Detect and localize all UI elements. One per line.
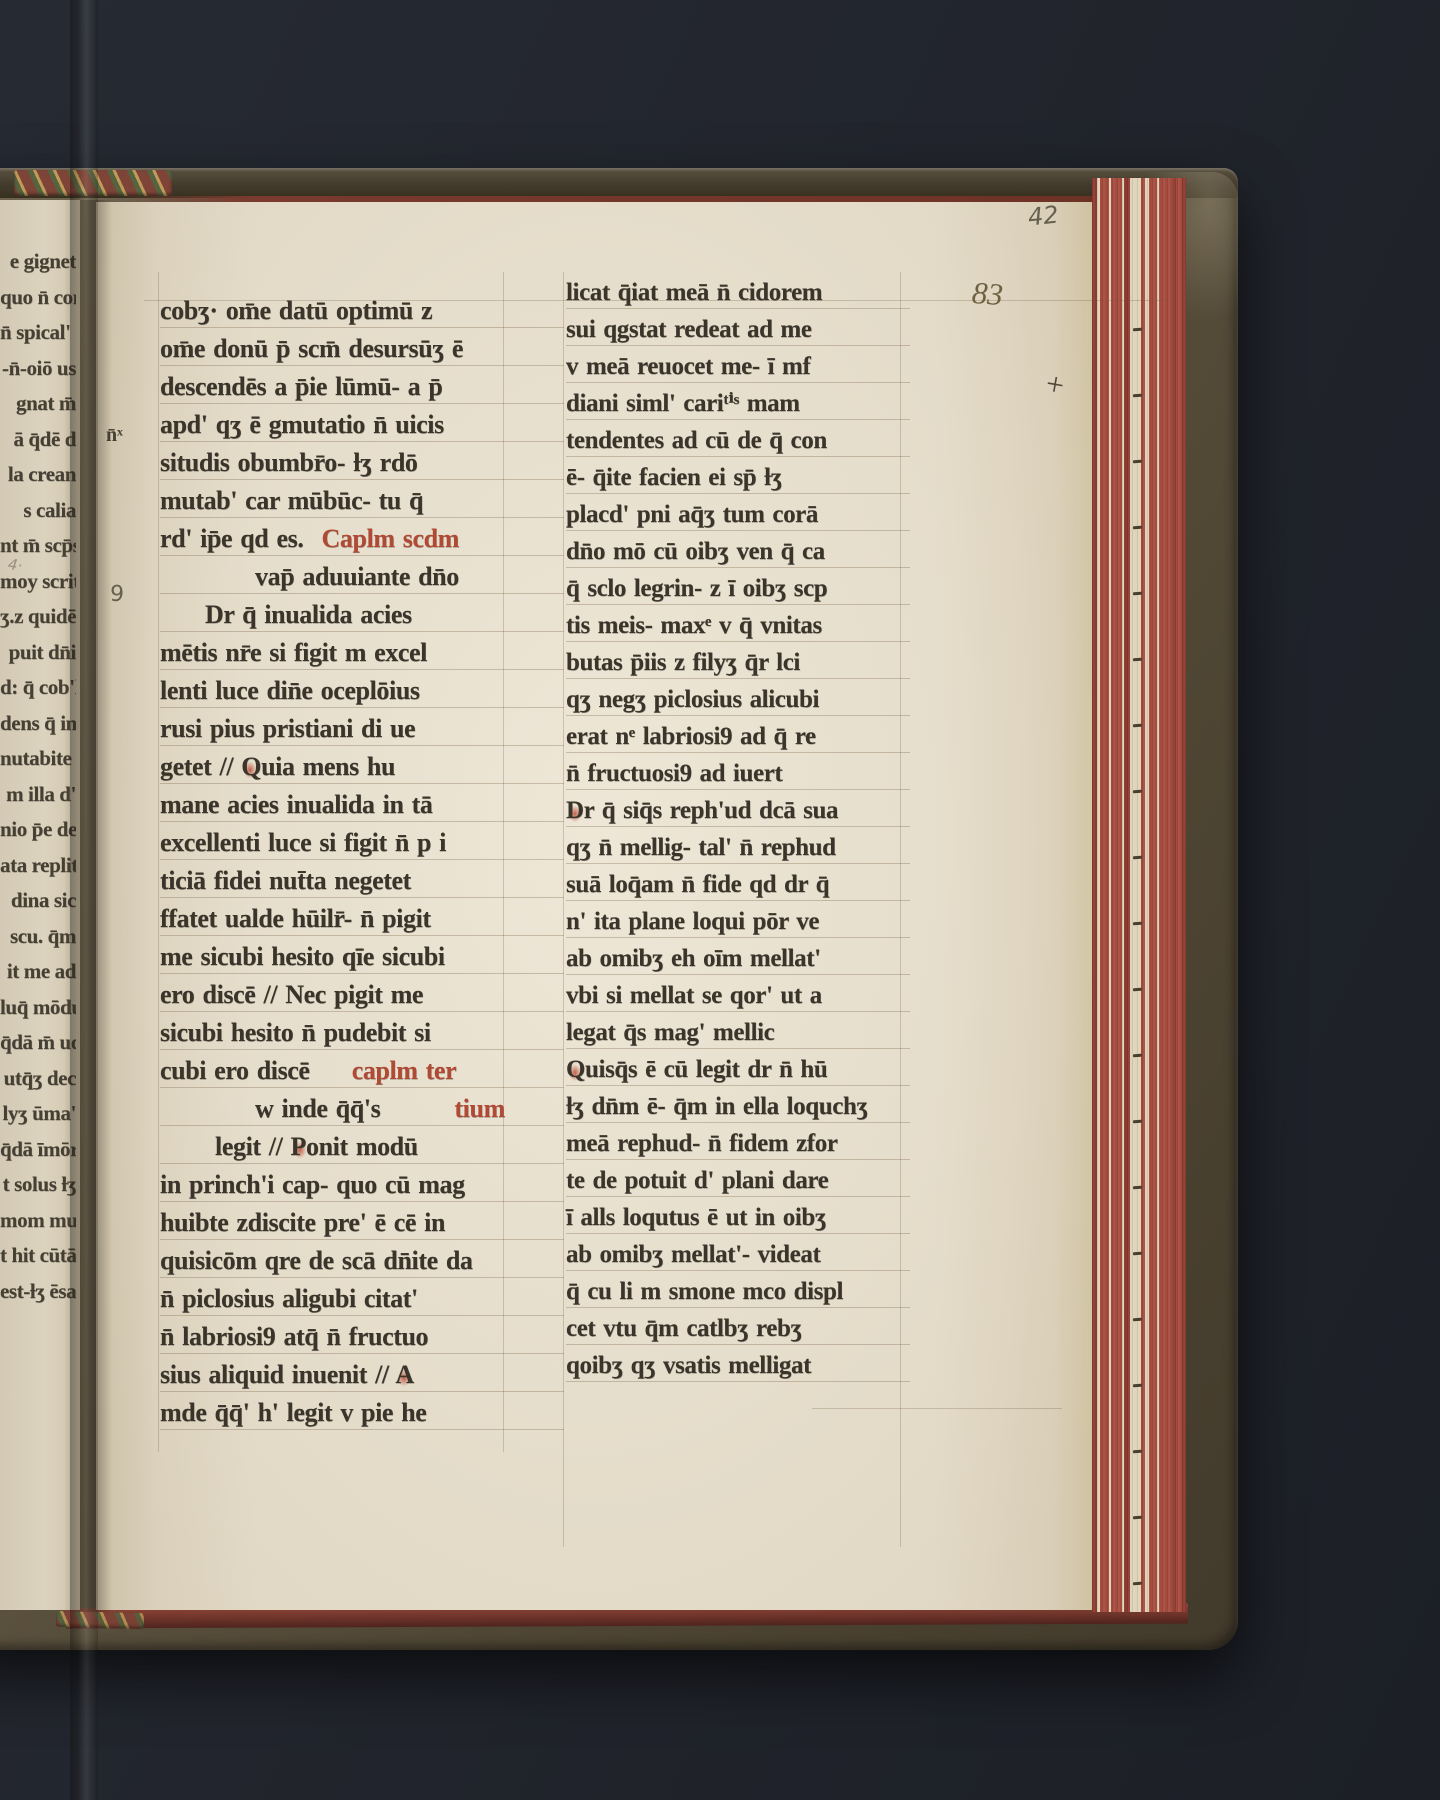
text-line: q̄ sclo legrin- z ī oibʒ scp (566, 570, 910, 607)
previous-page-line: luq̄ mōduā (0, 990, 76, 1026)
text-line: n' ita plane loqui pōr ve (566, 903, 910, 940)
manuscript-text: om̄e donū p̄ scm̄ desursūʒ ē (160, 334, 463, 363)
rubric-text: caplm ter (352, 1056, 457, 1085)
manuscript-text: erat nᵉ labriosi9 ad q̄ re (566, 723, 816, 750)
text-line: butas p̄iis z filyʒ q̄r lci (566, 644, 910, 681)
manuscript-text: rd' ip̄e qd es. (160, 524, 312, 553)
stitch-mark (1133, 658, 1142, 662)
text-line: legit // Ponit modū (160, 1128, 564, 1166)
text-line: v meā reuocet me- ī mf (566, 348, 910, 385)
manuscript-text: mde q̄q̄' h' legit v pie he (160, 1398, 426, 1427)
text-line: te de potuit d' plani dare (566, 1162, 910, 1199)
text-line: mētis nr̄e si figit m excel (160, 634, 564, 672)
manuscript-text: ab omibʒ mellat'- videat (566, 1241, 820, 1268)
previous-page-sliver: e gignetquo n̄ com̄n̄ spical' n̄-n̄-oiō … (0, 200, 80, 1610)
manuscript-text: tendentes ad cū de q̄ con (566, 427, 827, 454)
stitch-mark (1133, 1186, 1142, 1190)
manuscript-text: sui qgstat redeat ad me (566, 316, 812, 343)
manuscript-text: sius aliquid inuenit // (160, 1360, 395, 1389)
manuscript-text: ī alls loqutus ē ut in oibʒ (566, 1204, 826, 1231)
manuscript-text: Dr q̄ inualida acies (205, 600, 412, 629)
stitch-mark (1133, 790, 1142, 794)
manuscript-text: Quisq̄s ē cū legit dr n̄ hū (566, 1056, 827, 1083)
manuscript-text: tis meis- maxᵉ v q̄ vnitas (566, 612, 822, 639)
text-line: qʒ negʒ piclosius alicubi (566, 681, 910, 718)
previous-page-line: la crean (0, 457, 76, 493)
stitch-mark (1133, 460, 1142, 464)
manuscript-text: vap̄ aduuiante dn̄o (255, 562, 459, 591)
previous-page-line: ā q̄dē d (0, 422, 76, 458)
tailband-stitching (56, 1611, 144, 1629)
stitch-mark (1133, 1582, 1142, 1586)
headband-stitching (14, 170, 172, 196)
text-line: apd' qʒ ē gmutatio n̄ uicis (160, 406, 564, 444)
stitch-mark (1133, 724, 1142, 728)
text-line: ero discē // Nec pigit me (160, 976, 564, 1014)
text-line: ticiā fidei nut̄ta negetet (160, 862, 564, 900)
manuscript-text: apd' qʒ ē gmutatio n̄ uicis (160, 410, 444, 439)
stitch-mark (1133, 856, 1142, 860)
text-line: ab omibʒ eh oīm mellat' (566, 940, 910, 977)
previous-page-line: est-ƚʒ ēsa (0, 1274, 76, 1310)
manuscript-text: quisicōm qre de scā dn̄ite da (160, 1246, 473, 1275)
text-line: n̄ labriosi9 atq̄ n̄ fructuo (160, 1318, 564, 1356)
text-line: excellenti luce si figit n̄ p i (160, 824, 564, 862)
text-line: meā rephud- n̄ fidem zfor (566, 1125, 910, 1162)
previous-page-line: t solus ƚʒ (0, 1167, 76, 1203)
text-line: mutab' car mūbūc- tu q̄ (160, 482, 564, 520)
manuscript-text: n̄ piclosius aligubi citat' (160, 1284, 418, 1313)
margin-note-9: 9 (109, 582, 124, 608)
previous-page-line: q̄dā m̄ ud (0, 1025, 76, 1061)
manuscript-text: qʒ n̄ mellig- tal' n̄ rephud (566, 834, 836, 861)
text-line: om̄e donū p̄ scm̄ desursūʒ ē (160, 330, 564, 368)
book-cover-top-edge (0, 168, 1238, 198)
manuscript-text: dn̄o mō cū oibʒ ven q̄ ca (566, 538, 825, 565)
folio-number-pencil: 42 (1027, 200, 1060, 231)
stitch-mark (1133, 1384, 1142, 1388)
text-line: n̄ piclosius aligubi citat' (160, 1280, 564, 1318)
text-line: quisicōm qre de scā dn̄ite da (160, 1242, 564, 1280)
manuscript-text: ero discē // Nec pigit me (160, 980, 423, 1009)
manuscript-text: cubi ero discē (160, 1056, 318, 1085)
stitch-mark (1133, 1054, 1142, 1058)
text-line: vap̄ aduuiante dn̄o (160, 558, 564, 596)
text-line: w inde q̄q̄'s tium (160, 1090, 564, 1128)
fore-edge-page-block (1092, 178, 1186, 1612)
column-left: cobʒ· om̄e datū optimū zom̄e donū p̄ scm… (160, 292, 564, 1432)
manuscript-text: A (395, 1360, 413, 1389)
manuscript-text: diani siml' cariᵗⁱˢ mam (566, 390, 800, 417)
manuscript-text: q̄ cu li m smone mco displ (566, 1278, 843, 1305)
text-line: descendēs a p̄ie lūmū- a p̄ (160, 368, 564, 406)
rubric-text: Caplm scdm (322, 524, 459, 553)
manuscript-text: cobʒ· om̄e datū optimū z (160, 296, 432, 325)
previous-page-line: ata replit' (0, 848, 76, 884)
text-line: diani siml' cariᵗⁱˢ mam (566, 385, 910, 422)
text-line: sui qgstat redeat ad me (566, 311, 910, 348)
manuscript-text: lenti luce din̄e oceplōius (160, 676, 420, 705)
previous-page-line: quo n̄ com̄ (0, 280, 76, 316)
manuscript-text: cet vtu q̄m catlbʒ rebʒ (566, 1315, 802, 1342)
text-line: ī alls loqutus ē ut in oibʒ (566, 1199, 910, 1236)
previous-page-line: utq̄ʒ dec (0, 1061, 76, 1097)
text-line: licat q̄iat meā n̄ cidorem (566, 274, 910, 311)
previous-page-line: dens q̄ imā (0, 706, 76, 742)
column-right: licat q̄iat meā n̄ cidoremsui qgstat red… (566, 274, 910, 1384)
manuscript-text: mane acies inualida in tā (160, 790, 432, 819)
manuscript-text: Dr q̄ siq̄s reph'ud dcā sua (566, 797, 838, 824)
previous-page-line: ʒ.z quidē (0, 599, 76, 635)
manuscript-text: placd' pni aq̄ʒ tum corā (566, 501, 818, 528)
text-line: dn̄o mō cū oibʒ ven q̄ ca (566, 533, 910, 570)
previous-page-line: s calia (0, 493, 76, 529)
stitch-mark (1133, 1450, 1142, 1454)
stitch-mark (1133, 592, 1142, 596)
text-line: Dr q̄ siq̄s reph'ud dcā sua (566, 792, 910, 829)
previous-page-line: nutabite sca (0, 741, 76, 777)
text-line: ē- q̄ite facien ei sp̄ ƚʒ (566, 459, 910, 496)
text-line: qoibʒ qʒ vsatis melligat (566, 1347, 910, 1384)
previous-page-line: lyʒ ūma' (0, 1096, 76, 1132)
stitch-mark (1133, 922, 1142, 926)
text-line: sius aliquid inuenit // A (160, 1356, 564, 1394)
stitch-mark (1133, 1120, 1142, 1124)
manuscript-text: meā rephud- n̄ fidem zfor (566, 1130, 838, 1157)
manuscript-text: suā loq̄am n̄ fide qd dr q̄ (566, 871, 829, 898)
ruling-vertical-left (158, 272, 159, 1452)
text-line: mde q̄q̄' h' legit v pie he (160, 1394, 564, 1432)
manuscript-text: ab omibʒ eh oīm mellat' (566, 945, 821, 972)
manuscript-text: rusi pius pristiani di ue (160, 714, 415, 743)
text-line: in princh'i cap- quo cū mag (160, 1166, 564, 1204)
previous-page-line: e gignet (0, 244, 76, 280)
manuscript-text: situdis obumbr̄o- ƚʒ rdō (160, 448, 417, 477)
manuscript-text: butas p̄iis z filyʒ q̄r lci (566, 649, 800, 676)
text-line: lenti luce din̄e oceplōius (160, 672, 564, 710)
manuscript-text: in princh'i cap- quo cū mag (160, 1170, 465, 1199)
manuscript-text: ƚʒ dn̄m ē- q̄m in ella loquchʒ (566, 1093, 868, 1120)
text-line: ab omibʒ mellat'- videat (566, 1236, 910, 1273)
manuscript-text: licat q̄iat meā n̄ cidorem (566, 279, 822, 306)
manuscript-text: legit // (215, 1132, 291, 1161)
manuscript-text: mutab' car mūbūc- tu q̄ (160, 486, 423, 515)
text-line: huibte zdiscite pre' ē cē in (160, 1204, 564, 1242)
text-line: me sicubi hesito qīe sicubi (160, 938, 564, 976)
stitch-mark (1133, 988, 1142, 992)
folio-number-ink: 83 (971, 275, 1004, 313)
previous-page-line: q̄dā īmōr' (0, 1132, 76, 1168)
manuscript-text: descendēs a p̄ie lūmū- a p̄ (160, 372, 442, 401)
manuscript-text: Ponit modū (291, 1132, 418, 1161)
stitch-mark (1133, 1516, 1142, 1520)
manuscript-text: qʒ negʒ piclosius alicubi (566, 686, 819, 713)
text-line: tis meis- maxᵉ v q̄ vnitas (566, 607, 910, 644)
ruling-horizontal-lower (812, 1408, 1062, 1409)
manuscript-text: te de potuit d' plani dare (566, 1167, 828, 1194)
text-line: qʒ n̄ mellig- tal' n̄ rephud (566, 829, 910, 866)
text-line: getet // Quia mens hu (160, 748, 564, 786)
text-line: erat nᵉ labriosi9 ad q̄ re (566, 718, 910, 755)
text-line: Dr q̄ inualida acies (160, 596, 564, 634)
manuscript-text: sicubi hesito n̄ pudebit si (160, 1018, 431, 1047)
previous-page-line: n̄ spical' n̄ (0, 315, 76, 351)
stitch-mark (1133, 1318, 1142, 1322)
previous-page-line: it me ad (0, 954, 76, 990)
previous-page-line: dina sic (0, 883, 76, 919)
previous-page-line: -n̄-oiō us (0, 351, 76, 387)
text-line: tendentes ad cū de q̄ con (566, 422, 910, 459)
previous-page-line: nio p̄e des (0, 812, 76, 848)
manuscript-text: ticiā fidei nut̄ta negetet (160, 866, 411, 895)
text-line: placd' pni aq̄ʒ tum corā (566, 496, 910, 533)
text-line: vbi si mellat se qor' ut a (566, 977, 910, 1014)
manuscript-text: excellenti luce si figit n̄ p i (160, 828, 446, 857)
manuscript-text: n' ita plane loqui pōr ve (566, 908, 819, 935)
text-line: suā loq̄am n̄ fide qd dr q̄ (566, 866, 910, 903)
previous-page-line: mom mutal' (0, 1203, 76, 1239)
manuscript-page: cobʒ· om̄e datū optimū zom̄e donū p̄ scm… (96, 202, 1092, 1610)
manuscript-text: huibte zdiscite pre' ē cē in (160, 1208, 445, 1237)
text-line: Quisq̄s ē cū legit dr n̄ hū (566, 1051, 910, 1088)
manuscript-text: Quia mens hu (241, 752, 395, 781)
text-line: cubi ero discē caplm ter (160, 1052, 564, 1090)
gutter-note-4: 4· (7, 555, 24, 575)
text-line: legat q̄s mag' mellic (566, 1014, 910, 1051)
text-line: rd' ip̄e qd es. Caplm scdm (160, 520, 564, 558)
text-line: n̄ fructuosi9 ad iuert (566, 755, 910, 792)
previous-page-line: puit dn̄i (0, 635, 76, 671)
text-line: rusi pius pristiani di ue (160, 710, 564, 748)
previous-page-line: gnat m̄ (0, 386, 76, 422)
manuscript-text: n̄ labriosi9 atq̄ n̄ fructuo (160, 1322, 428, 1351)
manuscript-text: n̄ fructuosi9 ad iuert (566, 760, 782, 787)
stitch-mark (1133, 526, 1142, 530)
text-line: situdis obumbr̄o- ƚʒ rdō (160, 444, 564, 482)
previous-page-line: d: q̄ cob'li (0, 670, 76, 706)
manuscript-text: mētis nr̄e si figit m excel (160, 638, 427, 667)
manuscript-text: ffatet ualde hūilr̄- n̄ pigit (160, 904, 431, 933)
stitch-mark (1133, 328, 1142, 332)
manuscript-text: getet // (160, 752, 241, 781)
manuscript-text: ē- q̄ite facien ei sp̄ ƚʒ (566, 464, 782, 491)
text-line: q̄ cu li m smone mco displ (566, 1273, 910, 1310)
stitch-mark (1133, 1252, 1142, 1256)
manuscript-text: qoibʒ qʒ vsatis melligat (566, 1352, 811, 1379)
stitch-mark (1133, 394, 1142, 398)
text-line: cobʒ· om̄e datū optimū z (160, 292, 564, 330)
manuscript-text: me sicubi hesito qīe sicubi (160, 942, 445, 971)
margin-note-nx: n̄ˣ (106, 424, 123, 447)
text-line: cet vtu q̄m catlbʒ rebʒ (566, 1310, 910, 1347)
rubric-text: tium (454, 1094, 504, 1123)
previous-page-text: e gignetquo n̄ com̄n̄ spical' n̄-n̄-oiō … (0, 244, 76, 1309)
text-line: mane acies inualida in tā (160, 786, 564, 824)
previous-page-line: scu. q̄m (0, 919, 76, 955)
manuscript-text: v meā reuocet me- ī mf (566, 353, 810, 380)
text-line: ƚʒ dn̄m ē- q̄m in ella loquchʒ (566, 1088, 910, 1125)
manuscript-text: w inde q̄q̄'s (255, 1094, 388, 1123)
manuscript-text: vbi si mellat se qor' ut a (566, 982, 822, 1009)
text-line: sicubi hesito n̄ pudebit si (160, 1014, 564, 1052)
text-line: ffatet ualde hūilr̄- n̄ pigit (160, 900, 564, 938)
manuscript-photo: e gignetquo n̄ com̄n̄ spical' n̄-n̄-oiō … (0, 0, 1440, 1800)
cross-mark: + (1043, 365, 1067, 405)
manuscript-text: legat q̄s mag' mellic (566, 1019, 774, 1046)
previous-page-line: m illa d' (0, 777, 76, 813)
manuscript-text: q̄ sclo legrin- z ī oibʒ scp (566, 575, 827, 602)
previous-page-line: t hit cūtā (0, 1238, 76, 1274)
